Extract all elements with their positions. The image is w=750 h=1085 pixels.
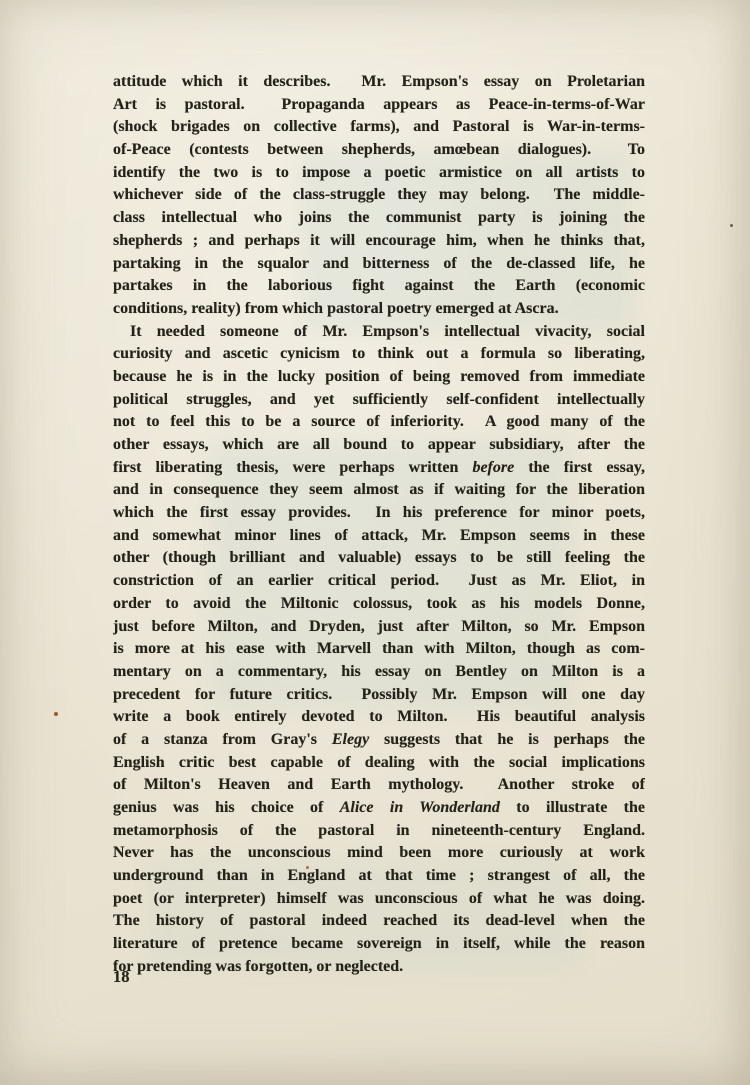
text-line: political struggles, and yet sufficientl… xyxy=(113,389,645,412)
text-line: order to avoid the Miltonic colossus, to… xyxy=(113,593,645,616)
text-line: attitude which it describes. Mr. Empson'… xyxy=(113,71,645,94)
text-line: partakes in the laborious fight against … xyxy=(113,275,645,298)
text-line: literature of pretence became sovereign … xyxy=(113,933,645,956)
text-line: mentary on a commentary, his essay on Be… xyxy=(113,661,645,684)
text-line: metamorphosis of the pastoral in ninetee… xyxy=(113,820,645,843)
text-line: is more at his ease with Marvell than wi… xyxy=(113,638,645,661)
text-line: and in consequence they seem almost as i… xyxy=(113,479,645,502)
text-block: attitude which it describes. Mr. Empson'… xyxy=(113,71,645,979)
page-number: 18 xyxy=(113,966,130,989)
text-line: poet (or interpreter) himself was uncons… xyxy=(113,888,645,911)
text-line: just before Milton, and Dryden, just aft… xyxy=(113,616,645,639)
text-line: (shock brigades on collective farms), an… xyxy=(113,116,645,139)
text-line: genius was his choice of Alice in Wonder… xyxy=(113,797,645,820)
scan-speck xyxy=(730,224,733,227)
text-line: not to feel this to be a source of infer… xyxy=(113,411,645,434)
text-line: for pretending was forgotten, or neglect… xyxy=(113,956,645,979)
text-line: The history of pastoral indeed reached i… xyxy=(113,910,645,933)
text-line: write a book entirely devoted to Milton.… xyxy=(113,706,645,729)
text-line: other (though brilliant and valuable) es… xyxy=(113,547,645,570)
text-line: because he is in the lucky position of b… xyxy=(113,366,645,389)
text-line: Art is pastoral. Propaganda appears as P… xyxy=(113,94,645,117)
text-line: Never has the unconscious mind been more… xyxy=(113,842,645,865)
text-line: of-Peace (contests between shepherds, am… xyxy=(113,139,645,162)
foxing-speck xyxy=(54,712,58,716)
text-line: partaking in the squalor and bitterness … xyxy=(113,253,645,276)
text-line: of Milton's Heaven and Earth mythology. … xyxy=(113,774,645,797)
text-line: identify the two is to impose a poetic a… xyxy=(113,162,645,185)
text-line: of a stanza from Gray's Elegy suggests t… xyxy=(113,729,645,752)
text-line: shepherds ; and perhaps it will encourag… xyxy=(113,230,645,253)
text-line: It needed someone of Mr. Empson's intell… xyxy=(113,321,645,344)
text-line: first liberating thesis, were perhaps wr… xyxy=(113,457,645,480)
text-line: curiosity and ascetic cynicism to think … xyxy=(113,343,645,366)
text-line: conditions, reality) from which pastoral… xyxy=(113,298,645,321)
text-line: constriction of an earlier critical peri… xyxy=(113,570,645,593)
text-line: underground than in England at that time… xyxy=(113,865,645,888)
book-page-scan: attitude which it describes. Mr. Empson'… xyxy=(0,0,750,1085)
paragraph: It needed someone of Mr. Empson's intell… xyxy=(113,321,645,979)
text-line: whichever side of the class-struggle the… xyxy=(113,184,645,207)
text-line: which the first essay provides. In his p… xyxy=(113,502,645,525)
paragraph: attitude which it describes. Mr. Empson'… xyxy=(113,71,645,321)
text-line: class intellectual who joins the communi… xyxy=(113,207,645,230)
text-line: English critic best capable of dealing w… xyxy=(113,752,645,775)
text-line: and somewhat minor lines of attack, Mr. … xyxy=(113,525,645,548)
text-line: precedent for future critics. Possibly M… xyxy=(113,684,645,707)
text-line: other essays, which are all bound to app… xyxy=(113,434,645,457)
